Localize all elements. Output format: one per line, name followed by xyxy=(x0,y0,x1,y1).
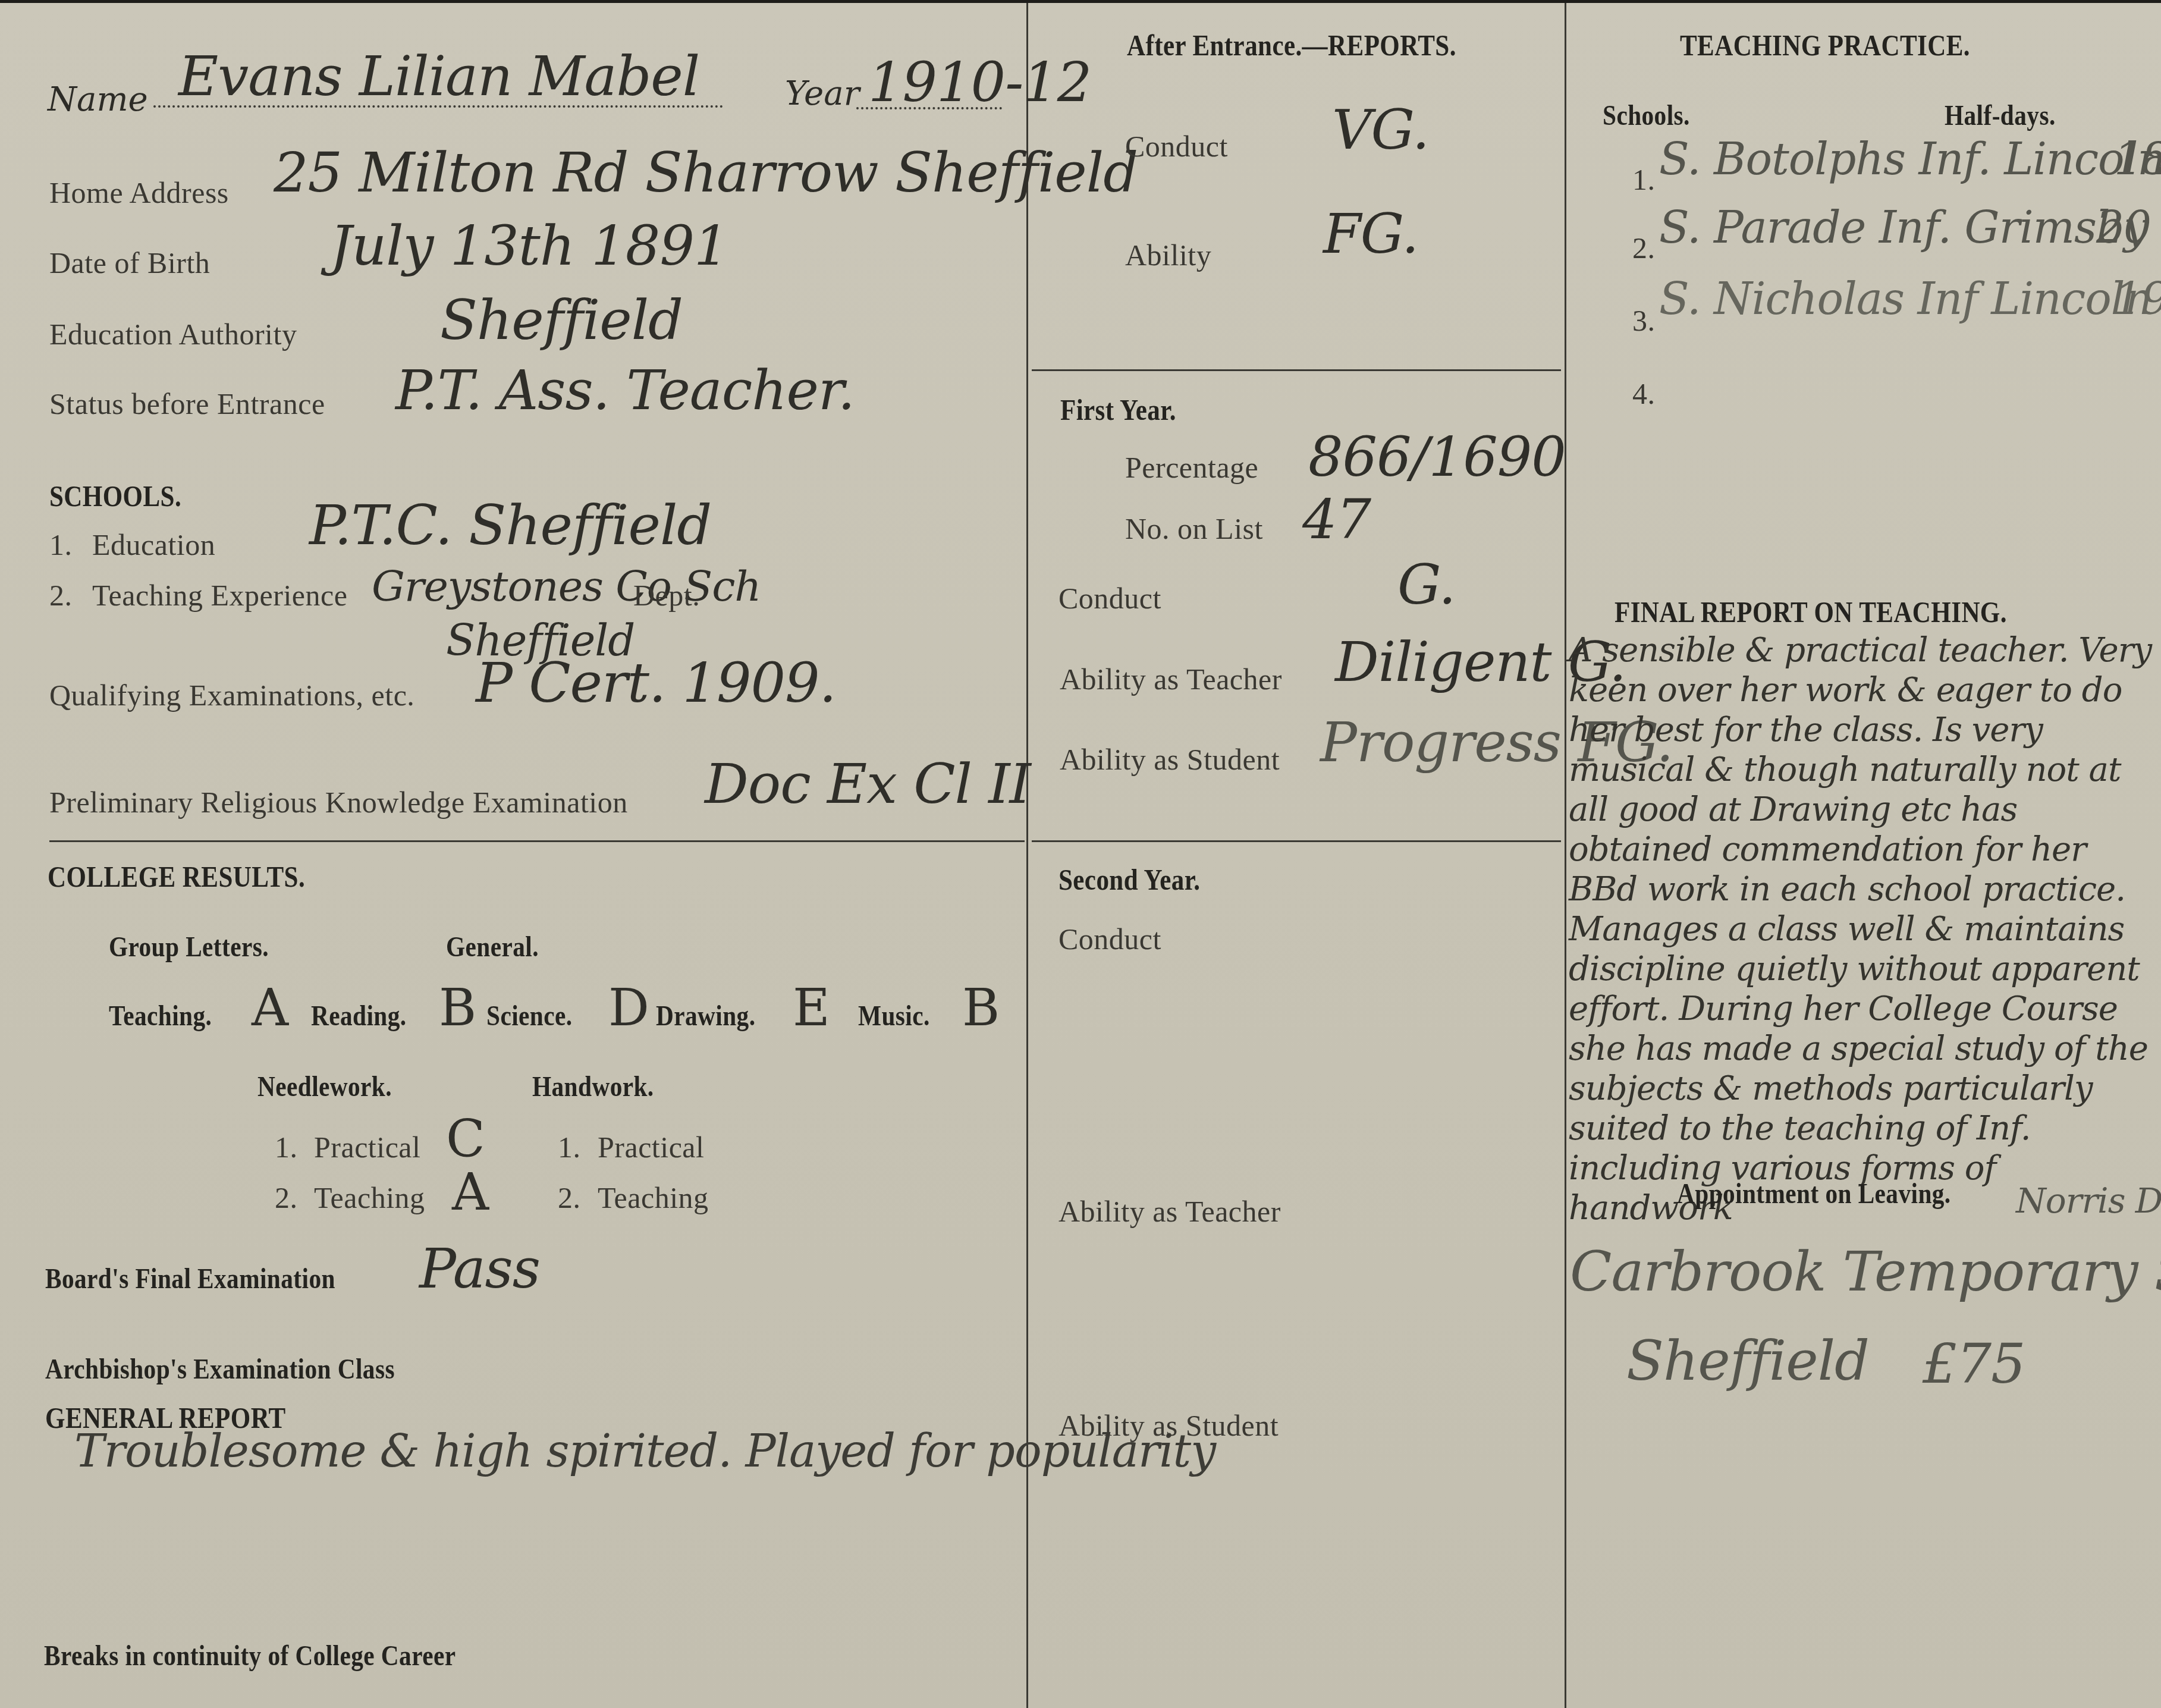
education-number: 1. xyxy=(49,528,73,562)
first-year-conduct-label: Conduct xyxy=(1058,581,1161,616)
handwork-practical-label: Practical xyxy=(598,1130,704,1164)
first-year-no-on-list-value: 47 xyxy=(1302,488,1371,551)
schools-heading: SCHOOLS. xyxy=(49,479,181,513)
teaching-experience-dept-label: Dept. xyxy=(633,578,700,613)
teaching-practice-heading: TEACHING PRACTICE. xyxy=(1680,28,1970,62)
practice-entry-1-number: 1. xyxy=(1632,162,1656,197)
handwork-teaching-label: Teaching xyxy=(598,1180,709,1215)
reports-divider-first-year xyxy=(1032,369,1561,371)
handwork-teaching-number: 2. xyxy=(558,1180,581,1215)
name-value: Evans Lilian Mabel xyxy=(178,45,699,108)
second-year-ability-student-label: Ability as Student xyxy=(1058,1408,1279,1443)
date-of-birth-value: July 13th 1891 xyxy=(330,214,728,278)
subject-drawing-label: Drawing. xyxy=(656,1000,774,1032)
first-year-percentage-value: 866/1690 xyxy=(1308,425,1566,489)
qualifying-examinations-value: P Cert. 1909. xyxy=(476,651,836,715)
education-authority-label: Education Authority xyxy=(49,317,297,351)
status-before-entrance-label: Status before Entrance xyxy=(49,387,325,421)
practice-entry-2-half-days: 20 xyxy=(2096,202,2151,253)
teaching-experience-label: Teaching Experience xyxy=(92,578,347,613)
status-before-entrance-value: P.T. Ass. Teacher. xyxy=(395,359,855,422)
second-year-conduct-label: Conduct xyxy=(1058,922,1161,956)
subject-science-grade: D xyxy=(608,978,656,1038)
qualifying-examinations-label: Qualifying Examinations, etc. xyxy=(49,678,414,712)
general-label: General. xyxy=(446,931,539,963)
student-record-card: Name Evans Lilian Mabel Year 1910-12 Hom… xyxy=(0,0,2161,1708)
practice-entry-3-half-days: 19 xyxy=(2114,274,2161,325)
education-authority-value: Sheffield xyxy=(440,288,683,352)
second-year-heading: Second Year. xyxy=(1058,862,1201,897)
subject-grades-row: Teaching. A Reading. B Science. D Drawin… xyxy=(109,978,999,1038)
final-report-text: A sensible & practical teacher. Very kee… xyxy=(1569,630,2157,1228)
half-days-column-label: Half-days. xyxy=(1945,99,2056,132)
handwork-label: Handwork. xyxy=(532,1070,654,1103)
subject-music-grade: B xyxy=(962,978,999,1038)
final-report-signature: Norris Dock xyxy=(2016,1180,2161,1221)
second-year-ability-teacher-label: Ability as Teacher xyxy=(1058,1194,1281,1229)
appointment-salary: £75 xyxy=(1923,1332,2025,1396)
breaks-in-continuity-label: Breaks in continuity of College Career xyxy=(44,1640,456,1672)
practice-entry-4-number: 4. xyxy=(1632,376,1656,411)
practice-entry-3-number: 3. xyxy=(1632,303,1656,338)
subject-science-label: Science. xyxy=(486,1000,591,1032)
date-of-birth-label: Date of Birth xyxy=(49,246,210,280)
after-entrance-ability-label: Ability xyxy=(1125,238,1211,272)
needlework-teaching-number: 2. xyxy=(275,1180,298,1215)
archbishops-examination-label: Archbishop's Examination Class xyxy=(45,1353,395,1386)
education-label: Education xyxy=(92,528,215,562)
subject-drawing-grade: E xyxy=(793,978,858,1038)
needlework-teaching-grade: A xyxy=(452,1163,488,1222)
after-entrance-ability-value: FG. xyxy=(1323,202,1418,266)
first-year-no-on-list-label: No. on List xyxy=(1125,511,1263,546)
subject-reading-label: Reading. xyxy=(311,1000,421,1032)
education-value: P.T.C. Sheffield xyxy=(309,494,711,557)
home-address-value: 25 Milton Rd Sharrow Sheffield xyxy=(274,141,1138,205)
first-year-percentage-label: Percentage xyxy=(1125,450,1258,485)
year-value: 1910-12 xyxy=(868,51,1091,114)
subject-teaching-grade: A xyxy=(252,978,311,1038)
final-report-heading: FINAL REPORT ON TEACHING. xyxy=(1615,595,2007,629)
college-results-heading: COLLEGE RESULTS. xyxy=(48,859,305,894)
practice-entry-2-school: S. Parade Inf. Grimsby xyxy=(1659,202,2148,253)
home-address-label: Home Address xyxy=(49,175,229,210)
first-year-ability-teacher-label: Ability as Teacher xyxy=(1060,662,1282,696)
handwork-practical-number: 1. xyxy=(558,1130,581,1164)
left-section-divider xyxy=(49,840,1025,842)
practice-entry-1-half-days: 18 xyxy=(2114,134,2161,185)
needlework-practical-label: Practical xyxy=(314,1130,420,1164)
schools-column-label: Schools. xyxy=(1603,99,1690,132)
after-entrance-conduct-value: VG. xyxy=(1332,98,1429,162)
boards-final-examination-value: Pass xyxy=(419,1237,540,1301)
subject-reading-grade: B xyxy=(439,978,486,1038)
reports-divider-second-year xyxy=(1032,840,1561,842)
first-year-conduct-value: G. xyxy=(1397,553,1455,617)
group-letters-label: Group Letters. xyxy=(109,931,269,963)
first-year-heading: First Year. xyxy=(1060,393,1176,427)
subject-teaching-label: Teaching. xyxy=(109,1000,231,1032)
appointment-line-2: Sheffield xyxy=(1626,1329,1869,1393)
column-divider-right xyxy=(1565,3,1566,1708)
teaching-experience-value: Greystones Co Sch xyxy=(372,562,761,611)
appointment-on-leaving-label: Appointment on Leaving. xyxy=(1677,1178,1951,1210)
religious-knowledge-label: Preliminary Religious Knowledge Examinat… xyxy=(49,785,628,820)
year-label: Year xyxy=(785,74,859,113)
after-entrance-conduct-label: Conduct xyxy=(1125,129,1228,164)
appointment-line-1: Carbrook Temporary Sch. xyxy=(1570,1240,2161,1304)
religious-knowledge-value: Doc Ex Cl II xyxy=(705,752,1031,816)
practice-entry-1-school: S. Botolphs Inf. Lincoln xyxy=(1659,134,2161,185)
needlework-teaching-label: Teaching xyxy=(314,1180,425,1215)
practice-entry-3-school: S. Nicholas Inf Lincoln xyxy=(1659,274,2152,325)
practice-entry-2-number: 2. xyxy=(1632,231,1656,265)
needlework-practical-number: 1. xyxy=(275,1130,298,1164)
needlework-practical-grade: C xyxy=(446,1109,485,1169)
teaching-experience-number: 2. xyxy=(49,578,73,613)
boards-final-examination-label: Board's Final Examination xyxy=(45,1263,335,1295)
subject-music-label: Music. xyxy=(858,1000,948,1032)
name-label: Name xyxy=(48,80,148,119)
reports-heading: After Entrance.—REPORTS. xyxy=(1127,28,1456,62)
general-report-value: Troublesome & high spirited. Played for … xyxy=(74,1424,1215,1477)
first-year-ability-student-label: Ability as Student xyxy=(1060,742,1280,777)
needlework-label: Needlework. xyxy=(257,1070,392,1103)
